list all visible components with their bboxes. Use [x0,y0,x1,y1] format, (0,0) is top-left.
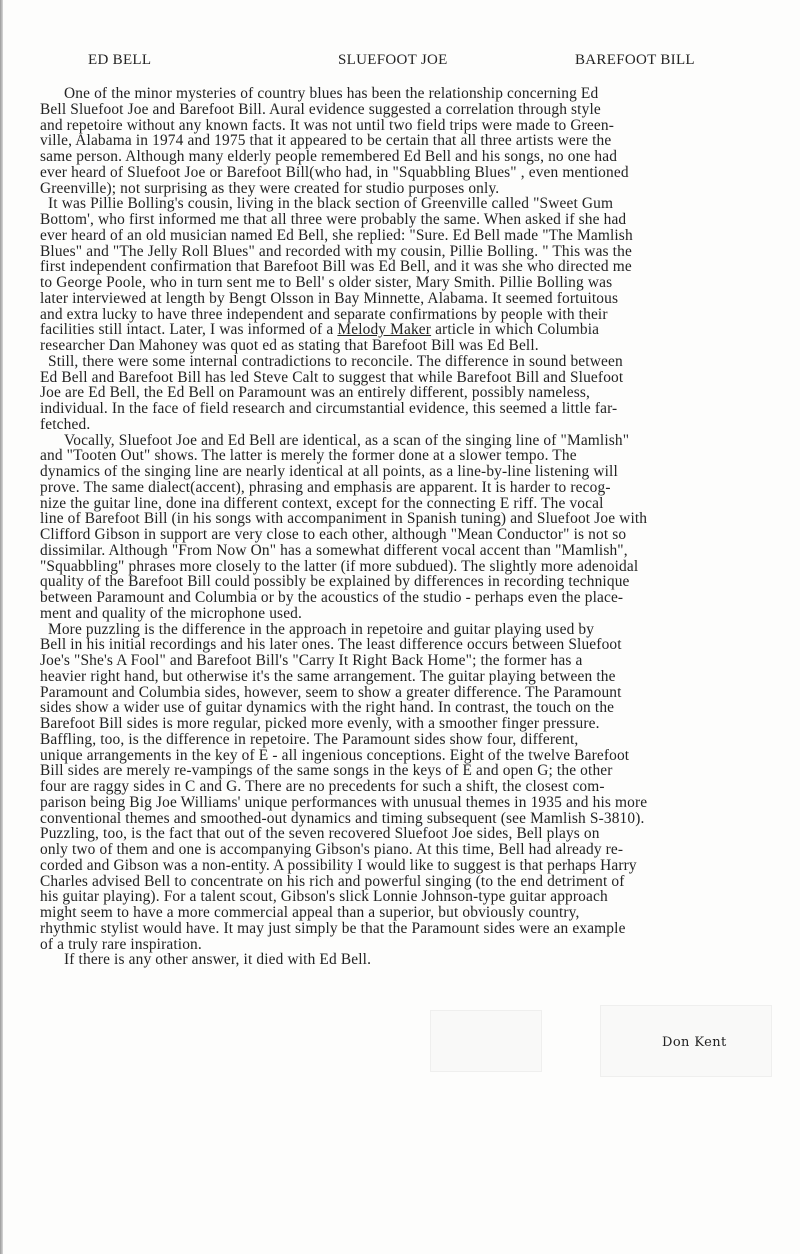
text-line: same person. Although many elderly peopl… [40,149,800,165]
text-line: Vocally, Sluefoot Joe and Ed Bell are id… [40,433,800,449]
text-line: heavier right hand, but otherwise it's t… [40,669,800,685]
text-line: between Paramount and Columbia or by the… [40,590,800,606]
text-line: Charles advised Bell to concentrate on h… [40,874,800,890]
text-line: first independent confirmation that Bare… [40,259,800,275]
header-ed-bell: ED BELL [88,52,151,69]
text-line: fetched. [40,417,800,433]
header-barefoot-bill: BAREFOOT BILL [575,52,695,69]
text-line: Barefoot Bill sides is more regular, pic… [40,716,800,732]
text-line: Joe's "She's A Fool" and Barefoot Bill's… [40,653,800,669]
text-line: ever heard of Sluefoot Joe or Barefoot B… [40,165,800,181]
text-line: and "Tooten Out" shows. The latter is me… [40,448,800,464]
text-line: Blues" and "The Jelly Roll Blues" and re… [40,244,800,260]
text-line: individual. In the face of field researc… [40,401,800,417]
text-line: unique arrangements in the key of E - al… [40,748,800,764]
text-line: ment and quality of the microphone used. [40,606,800,622]
text-line: ville, Alabama in 1974 and 1975 that it … [40,133,800,149]
paragraph: One of the minor mysteries of country bl… [40,86,800,196]
text-line: dissimilar. Although "From Now On" has a… [40,543,800,559]
text-line: Still, there were some internal contradi… [40,354,800,370]
text-line: researcher Dan Mahoney was quot ed as st… [40,338,800,354]
text-line: Bell Sluefoot Joe and Barefoot Bill. Aur… [40,102,800,118]
paragraph: Vocally, Sluefoot Joe and Ed Bell are id… [40,433,800,622]
text-line: only two of them and one is accompanying… [40,842,800,858]
scan-left-edge [0,0,3,1254]
text-line: rhythmic stylist would have. It may just… [40,921,800,937]
text-line: later interviewed at length by Bengt Ols… [40,291,800,307]
text-line: Baffling, too, is the difference in repe… [40,732,800,748]
text-line: parison being Big Joe Williams' unique p… [40,795,800,811]
text-line: quality of the Barefoot Bill could possi… [40,574,800,590]
text-line: Ed Bell and Barefoot Bill has led Steve … [40,370,800,386]
text-line: conventional themes and smoothed-out dyn… [40,811,800,827]
document-page: ED BELL SLUEFOOT JOE BAREFOOT BILL One o… [0,0,800,1254]
text-line: corded and Gibson was a non-entity. A po… [40,858,800,874]
text-line: sides show a wider use of guitar dynamic… [40,700,800,716]
text-line: If there is any other answer, it died wi… [40,952,800,968]
text-line: Clifford Gibson in support are very clos… [40,527,800,543]
text-line: Bill sides are merely re-vampings of the… [40,763,800,779]
text-line: facilities still intact. Later, I was in… [40,322,800,338]
text-line: might seem to have a more commercial app… [40,905,800,921]
paragraph: It was Pillie Bolling's cousin, living i… [40,196,800,354]
paragraph: Still, there were some internal contradi… [40,354,800,433]
text-line: to George Poole, who in turn sent me to … [40,275,800,291]
text-line: Puzzling, too, is the fact that out of t… [40,826,800,842]
paragraph: More puzzling is the difference in the a… [40,622,800,953]
author-signature: Don Kent [662,1035,727,1050]
text-line: "Squabbling" phrases more closely to the… [40,559,800,575]
text-line: nize the guitar line, done ina different… [40,496,800,512]
text-line: One of the minor mysteries of country bl… [40,86,800,102]
text-line: Bottom', who first informed me that all … [40,212,800,228]
paragraph: If there is any other answer, it died wi… [40,952,800,968]
article-header: ED BELL SLUEFOOT JOE BAREFOOT BILL [0,52,800,76]
text-line: prove. The same dialect(accent), phrasin… [40,480,800,496]
text-line: dynamics of the singing line are nearly … [40,464,800,480]
text-line: and extra lucky to have three independen… [40,307,800,323]
text-line: four are raggy sides in C and G. There a… [40,779,800,795]
text-line: his guitar playing). For a talent scout,… [40,889,800,905]
bleed-through-shape [430,1010,542,1072]
text-line: Bell in his initial recordings and his l… [40,637,800,653]
text-line: ever heard of an old musician named Ed B… [40,228,800,244]
text-line: Joe are Ed Bell, the Ed Bell on Paramoun… [40,385,800,401]
text-line: line of Barefoot Bill (in his songs with… [40,511,800,527]
article-body: One of the minor mysteries of country bl… [40,86,800,968]
text-line: and repetoire without any known facts. I… [40,118,800,134]
text-line: of a truly rare inspiration. [40,937,800,953]
header-sluefoot-joe: SLUEFOOT JOE [338,52,448,69]
underlined-title: Melody Maker [337,321,431,338]
text-line: It was Pillie Bolling's cousin, living i… [40,196,800,212]
text-line: Paramount and Columbia sides, however, s… [40,685,800,701]
text-line: More puzzling is the difference in the a… [40,622,800,638]
text-line: Greenville); not surprising as they were… [40,181,800,197]
